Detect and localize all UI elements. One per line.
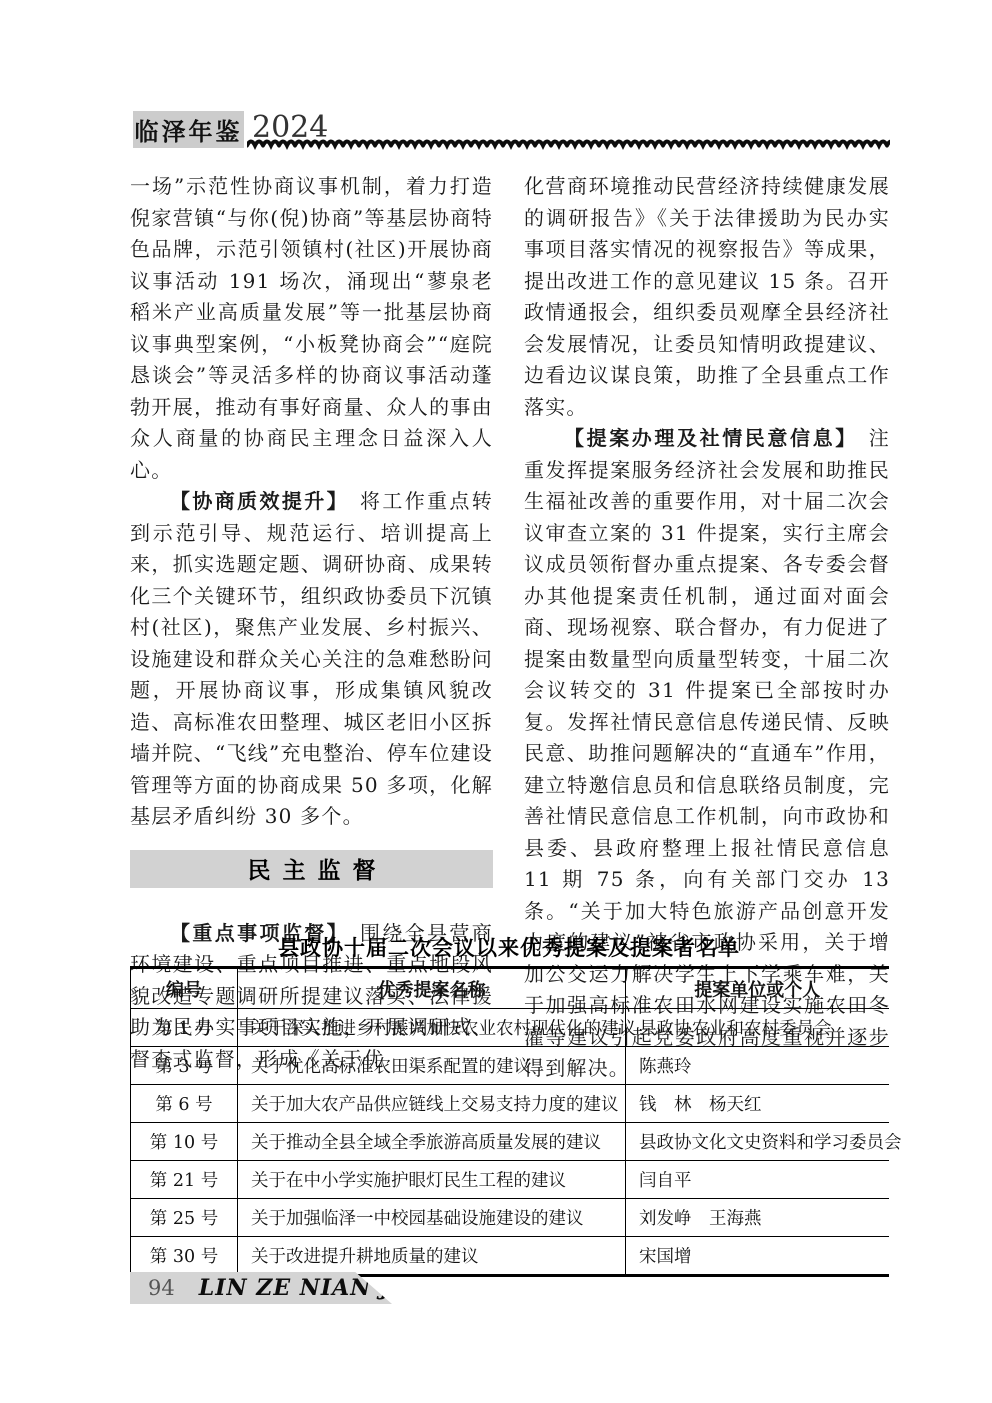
- table-row: 第 3 号 关于优化高标准农田渠系配置的建议 陈燕玲: [131, 1047, 889, 1085]
- table-row: 第 10 号 关于推动全县全域全季旅游高质量发展的建议 县政协文化文史资料和学习…: [131, 1123, 889, 1161]
- table-title: 县政协十届二次会议以来优秀提案及提案者名单: [130, 932, 888, 962]
- cell-number: 第 25 号: [131, 1199, 238, 1237]
- footer-banner: 94 LIN ZE NIAN JIAN: [130, 1272, 392, 1304]
- yearbook-page: 临泽年鉴 2024 一场”示范性协商议事机制，着力打造倪家营镇“与你(倪)协商”…: [0, 0, 992, 1403]
- cell-proposer: 钱 林 杨天红: [626, 1085, 889, 1123]
- cell-number: 第 21 号: [131, 1161, 238, 1199]
- cell-number: 第 10 号: [131, 1123, 238, 1161]
- table-row: 第 6 号 关于加大农产品供应链线上交易支持力度的建议 钱 林 杨天红: [131, 1085, 889, 1123]
- column-header-proposer: 提案单位或个人: [626, 968, 889, 1009]
- paragraph-continuation: 化营商环境推动民营经济持续健康发展的调研报告》《关于法律援助为民办实事项目落实情…: [524, 171, 890, 423]
- section-header: 民主监督: [130, 850, 493, 888]
- table-row: 第 30 号 关于改进提升耕地质量的建议 宋国增: [131, 1237, 889, 1276]
- cell-proposal: 关于推动全县全域全季旅游高质量发展的建议: [238, 1123, 626, 1161]
- yearbook-logo: 临泽年鉴: [133, 111, 244, 148]
- entry-text: 将工作重点转到示范引导、规范运行、培训提高上来，抓实选题定题、调研协商、成果转化…: [130, 489, 493, 828]
- entry-paragraph: 【协商质效提升】将工作重点转到示范引导、规范运行、培训提高上来，抓实选题定题、调…: [130, 486, 493, 833]
- entry-label: 【协商质效提升】: [170, 489, 349, 513]
- cell-proposer: 刘发峥 王海燕: [626, 1199, 889, 1237]
- table-header-row: 编号 优秀提案名称 提案单位或个人: [131, 968, 889, 1009]
- table-row: 第 25 号 关于加强临泽一中校园基础设施建设的建议 刘发峥 王海燕: [131, 1199, 889, 1237]
- cell-proposal: 关于深入推进乡村振兴加快农业农村现代化的建议: [238, 1009, 626, 1047]
- cell-proposer: 县政协文化文史资料和学习委员会: [626, 1123, 889, 1161]
- cell-number: 第 1 号: [131, 1009, 238, 1047]
- cell-proposal: 关于加强临泽一中校园基础设施建设的建议: [238, 1199, 626, 1237]
- cell-number: 第 3 号: [131, 1047, 238, 1085]
- column-header-proposal: 优秀提案名称: [238, 968, 626, 1009]
- cell-proposal: 关于加大农产品供应链线上交易支持力度的建议: [238, 1085, 626, 1123]
- cell-proposal: 关于优化高标准农田渠系配置的建议: [238, 1047, 626, 1085]
- cell-proposal: 关于改进提升耕地质量的建议: [238, 1237, 626, 1276]
- cell-proposer: 闫自平: [626, 1161, 889, 1199]
- footer-title: LIN ZE NIAN JIAN: [199, 1275, 442, 1301]
- cell-proposer: 宋国增: [626, 1237, 889, 1276]
- cell-number: 第 30 号: [131, 1237, 238, 1276]
- cell-proposer: 陈燕玲: [626, 1047, 889, 1085]
- paragraph-continuation: 一场”示范性协商议事机制，着力打造倪家营镇“与你(倪)协商”等基层协商特色品牌，…: [130, 171, 493, 486]
- table-row: 第 21 号 关于在中小学实施护眼灯民生工程的建议 闫自平: [131, 1161, 889, 1199]
- decorative-wave-line: [247, 136, 890, 150]
- table-row: 第 1 号 关于深入推进乡村振兴加快农业农村现代化的建议 县政协农业和农村委员会: [131, 1009, 889, 1047]
- cell-proposal: 关于在中小学实施护眼灯民生工程的建议: [238, 1161, 626, 1199]
- entry-label: 【提案办理及社情民意信息】: [564, 426, 858, 450]
- page-number: 94: [148, 1276, 175, 1300]
- proposals-table: 编号 优秀提案名称 提案单位或个人 第 1 号 关于深入推进乡村振兴加快农业农村…: [130, 966, 889, 1277]
- cell-proposer: 县政协农业和农村委员会: [626, 1009, 889, 1047]
- cell-number: 第 6 号: [131, 1085, 238, 1123]
- column-header-number: 编号: [131, 968, 238, 1009]
